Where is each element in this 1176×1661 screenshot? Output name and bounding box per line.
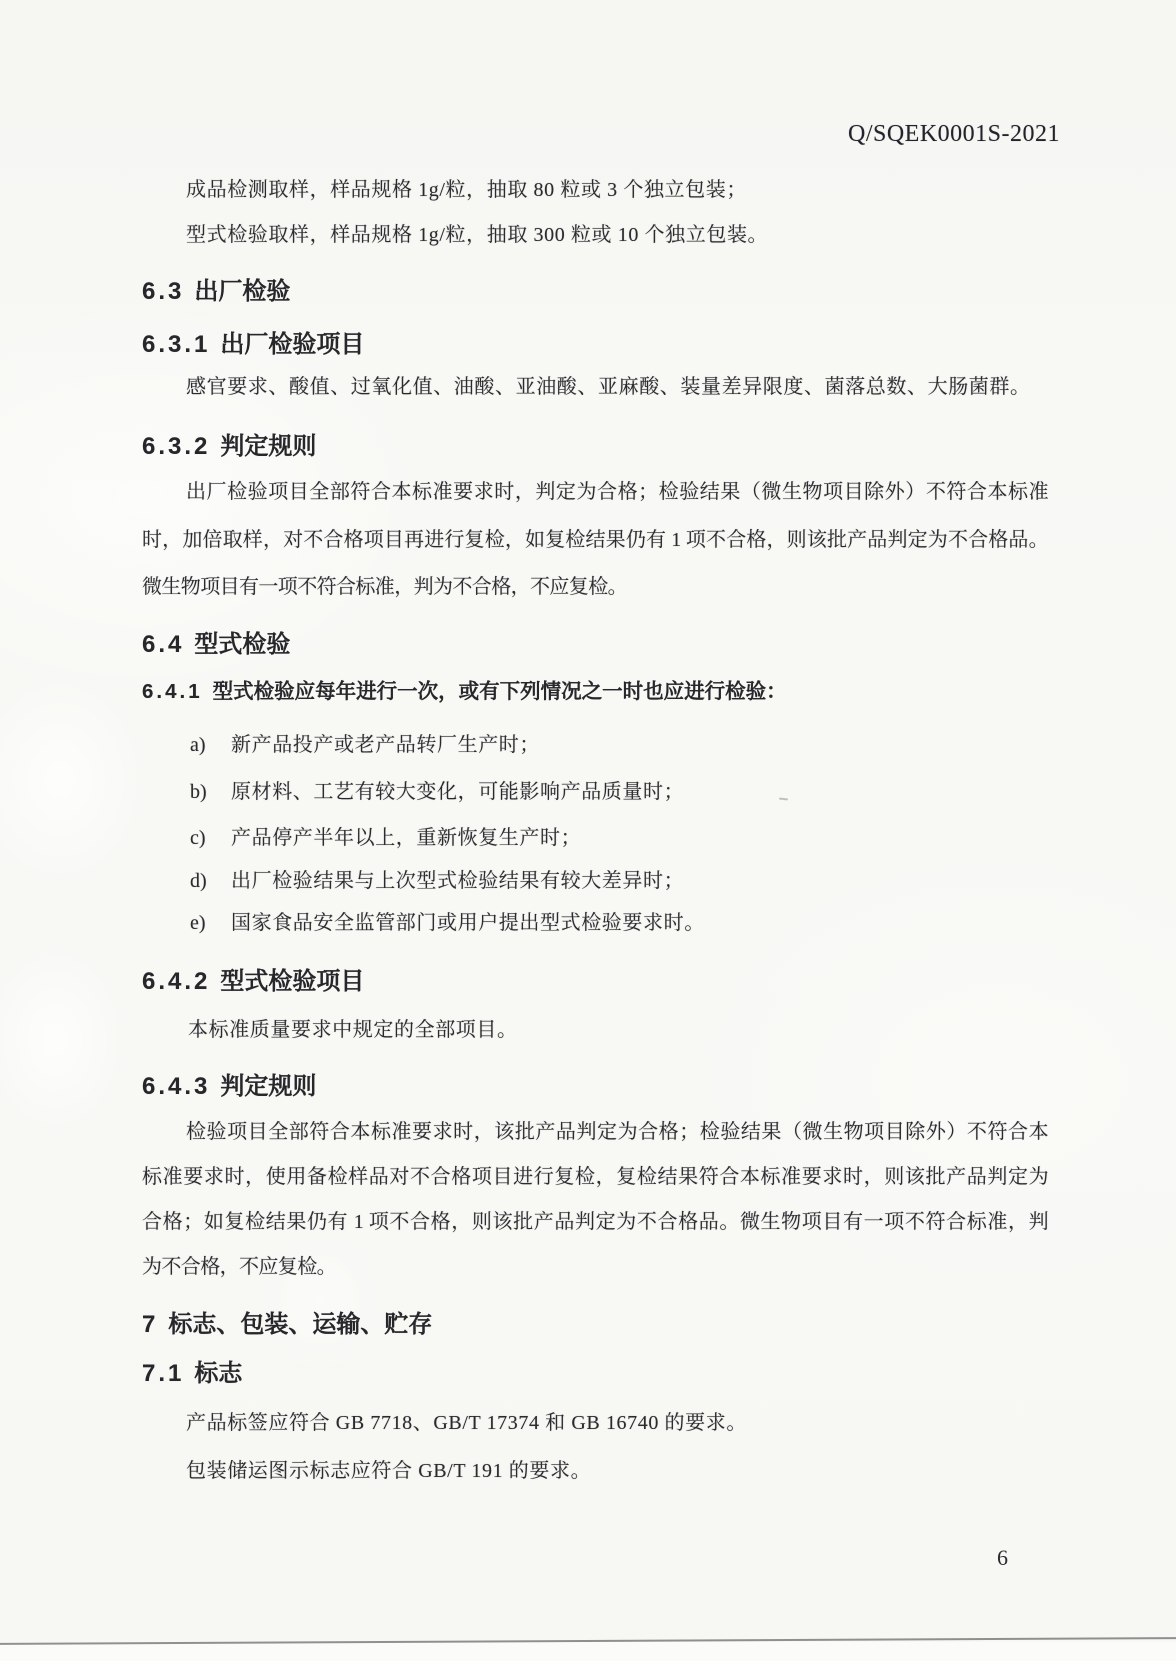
- scan-smudge: [0, 670, 150, 890]
- list-marker: b): [190, 780, 231, 805]
- sampling-line-1: 成品检测取样，样品规格 1g/粒，抽取 80 粒或 3 个独立包装；: [186, 178, 747, 202]
- packaging-mark-requirement-text: 包装储运图示标志应符合 GB/T 191 的要求。: [186, 1459, 591, 1483]
- section-title: 型式检验项目: [220, 968, 364, 995]
- section-number: 7.1: [142, 1360, 184, 1387]
- scan-smudge: [0, 940, 130, 1140]
- section-title: 型式检验应每年进行一次，或有下列情况之一时也应进行检验：: [213, 680, 787, 703]
- section-title: 判定规则: [220, 1073, 316, 1100]
- standard-code: Q/SQEK0001S-2021: [560, 120, 1060, 148]
- list-item-text: 新产品投产或老产品转厂生产时；: [231, 734, 540, 756]
- type-inspection-condition-b: b)原材料、工艺有较大变化，可能影响产品质量时；: [190, 780, 684, 805]
- section-title: 出厂检验: [194, 278, 290, 305]
- type-inspection-condition-a: a)新产品投产或老产品转厂生产时；: [190, 733, 540, 758]
- type-judgment-rule-paragraph: 检验项目全部符合本标准要求时，该批产品判定为合格；检验结果（微生物项目除外）不符…: [142, 1110, 1048, 1290]
- list-item-text: 产品停产半年以上，重新恢复生产时；: [231, 827, 581, 849]
- section-title: 标志: [194, 1360, 242, 1387]
- page-number: 6: [997, 1545, 1008, 1571]
- sampling-line-2: 型式检验取样，样品规格 1g/粒，抽取 300 粒或 10 个独立包装。: [186, 223, 768, 247]
- paragraph-line: 标准要求时，使用备检样品对不合格项目进行复检，复检结果符合本标准要求时，则该批产…: [142, 1155, 1048, 1200]
- document-page: Q/SQEK0001S-2021 成品检测取样，样品规格 1g/粒，抽取 80 …: [0, 0, 1176, 1661]
- paragraph-line: 为不合格，不应复检。: [142, 1245, 1048, 1290]
- section-number: 6.4: [142, 631, 184, 658]
- paragraph-line: 检验项目全部符合本标准要求时，该批产品判定为合格；检验结果（微生物项目除外）不符…: [142, 1110, 1048, 1155]
- list-marker: a): [190, 733, 231, 758]
- paragraph-line: 出厂检验项目全部符合本标准要求时，判定为合格；检验结果（微生物项目除外）不符合本…: [142, 469, 1048, 517]
- section-number: 7: [142, 1311, 158, 1338]
- section-6-4-1-heading: 6.4.1型式检验应每年进行一次，或有下列情况之一时也应进行检验：: [142, 679, 787, 705]
- section-6-4-heading: 6.4型式检验: [142, 631, 290, 659]
- list-item-text: 出厂检验结果与上次型式检验结果有较大差异时；: [231, 870, 684, 892]
- label-requirement-text: 产品标签应符合 GB 7718、GB/T 17374 和 GB 16740 的要…: [186, 1411, 747, 1435]
- section-number: 6.3.2: [142, 433, 210, 460]
- type-inspection-condition-d: d)出厂检验结果与上次型式检验结果有较大差异时；: [190, 869, 684, 894]
- paragraph-line: 微生物项目有一项不符合标准，判为不合格，不应复检。: [142, 564, 1048, 612]
- section-6-3-2-heading: 6.3.2判定规则: [142, 433, 316, 461]
- section-number: 6.3.1: [142, 331, 210, 358]
- section-6-3-1-heading: 6.3.1出厂检验项目: [142, 331, 364, 359]
- scan-edge-area: [0, 1642, 1176, 1661]
- paragraph-line: 时，加倍取样，对不合格项目再进行复检，如复检结果仍有 1 项不合格，则该批产品判…: [142, 517, 1048, 565]
- scan-speck: [779, 797, 788, 800]
- section-title: 出厂检验项目: [220, 331, 364, 358]
- section-title: 型式检验: [194, 631, 290, 658]
- list-marker: d): [190, 869, 231, 894]
- section-number: 6.3: [142, 278, 184, 305]
- list-item-text: 国家食品安全监管部门或用户提出型式检验要求时。: [231, 912, 705, 934]
- type-inspection-condition-e: e)国家食品安全监管部门或用户提出型式检验要求时。: [190, 911, 705, 936]
- section-7-1-heading: 7.1标志: [142, 1360, 242, 1388]
- section-number: 6.4.2: [142, 968, 210, 995]
- section-title: 判定规则: [220, 433, 316, 460]
- section-number: 6.4.3: [142, 1073, 210, 1100]
- type-inspection-items-text: 本标准质量要求中规定的全部项目。: [188, 1018, 518, 1042]
- section-number: 6.4.1: [142, 680, 203, 703]
- type-inspection-condition-c: c)产品停产半年以上，重新恢复生产时；: [190, 826, 581, 851]
- section-6-4-2-heading: 6.4.2型式检验项目: [142, 968, 364, 996]
- list-item-text: 原材料、工艺有较大变化，可能影响产品质量时；: [231, 781, 684, 803]
- list-marker: c): [190, 826, 231, 851]
- paragraph-line: 合格；如复检结果仍有 1 项不合格，则该批产品判定为不合格品。微生物项目有一项不…: [142, 1200, 1048, 1245]
- section-title: 标志、包装、运输、贮存: [168, 1311, 432, 1338]
- list-marker: e): [190, 911, 231, 936]
- factory-inspection-items-text: 感官要求、酸值、过氧化值、油酸、亚油酸、亚麻酸、装量差异限度、菌落总数、大肠菌群…: [186, 375, 1031, 399]
- judgment-rule-paragraph: 出厂检验项目全部符合本标准要求时，判定为合格；检验结果（微生物项目除外）不符合本…: [142, 469, 1048, 612]
- section-7-heading: 7标志、包装、运输、贮存: [142, 1311, 432, 1339]
- section-6-4-3-heading: 6.4.3判定规则: [142, 1073, 316, 1101]
- section-6-3-heading: 6.3出厂检验: [142, 278, 290, 306]
